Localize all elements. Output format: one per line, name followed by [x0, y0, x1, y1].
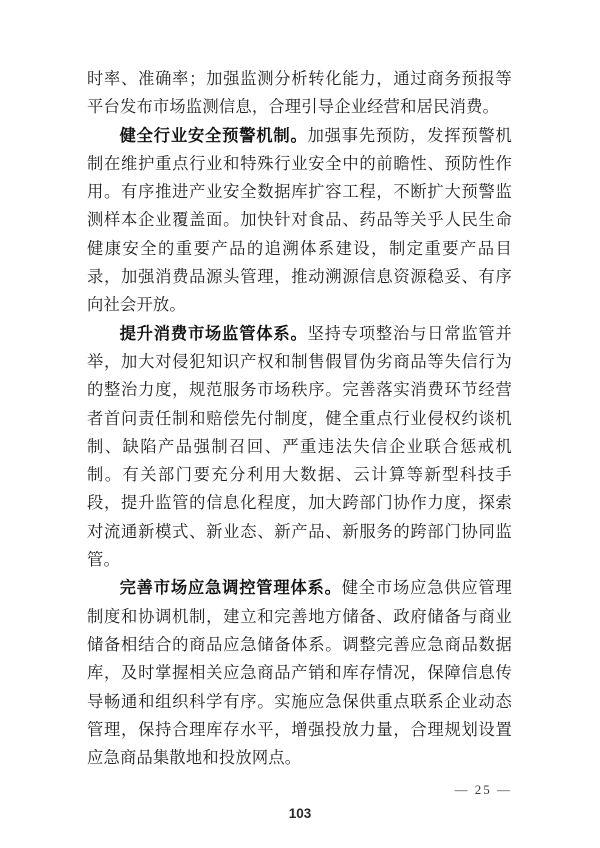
- paragraph-lead: 提升消费市场监管体系。: [120, 324, 308, 343]
- body-text: 时率、准确率；加强监测分析转化能力，通过商务预报等平台发布市场监测信息，合理引导…: [87, 65, 512, 772]
- paragraph-text: 时率、准确率；加强监测分析转化能力，通过商务预报等平台发布市场监测信息，合理引导…: [87, 69, 512, 116]
- paragraph-continuation: 时率、准确率；加强监测分析转化能力，通过商务预报等平台发布市场监测信息，合理引导…: [87, 65, 512, 122]
- paragraph: 完善市场应急调控管理体系。健全市场应急供应管理制度和协调机制，建立和完善地方储备…: [87, 574, 512, 772]
- paragraph-lead: 完善市场应急调控管理体系。: [120, 578, 342, 597]
- paragraph-lead: 健全行业安全预警机制。: [120, 126, 308, 145]
- document-page: 时率、准确率；加强监测分析转化能力，通过商务预报等平台发布市场监测信息，合理引导…: [0, 0, 600, 848]
- page-number: 103: [0, 806, 600, 821]
- paragraph-text: 坚持专项整治与日常监管并举，加大对侵犯知识产权和制售假冒伪劣商品等失信行为的整治…: [87, 324, 512, 569]
- paragraph-text: 加强事先预防，发挥预警机制在维护重点行业和特殊行业安全中的前瞻性、预防性作用。有…: [87, 126, 512, 315]
- paragraph-text: 健全市场应急供应管理制度和协调机制，建立和完善地方储备、政府储备与商业储备相结合…: [87, 578, 512, 767]
- paragraph: 健全行业安全预警机制。加强事先预防，发挥预警机制在维护重点行业和特殊行业安全中的…: [87, 122, 512, 320]
- page-marker: — 25 —: [0, 782, 512, 798]
- paragraph: 提升消费市场监管体系。坚持专项整治与日常监管并举，加大对侵犯知识产权和制售假冒伪…: [87, 320, 512, 575]
